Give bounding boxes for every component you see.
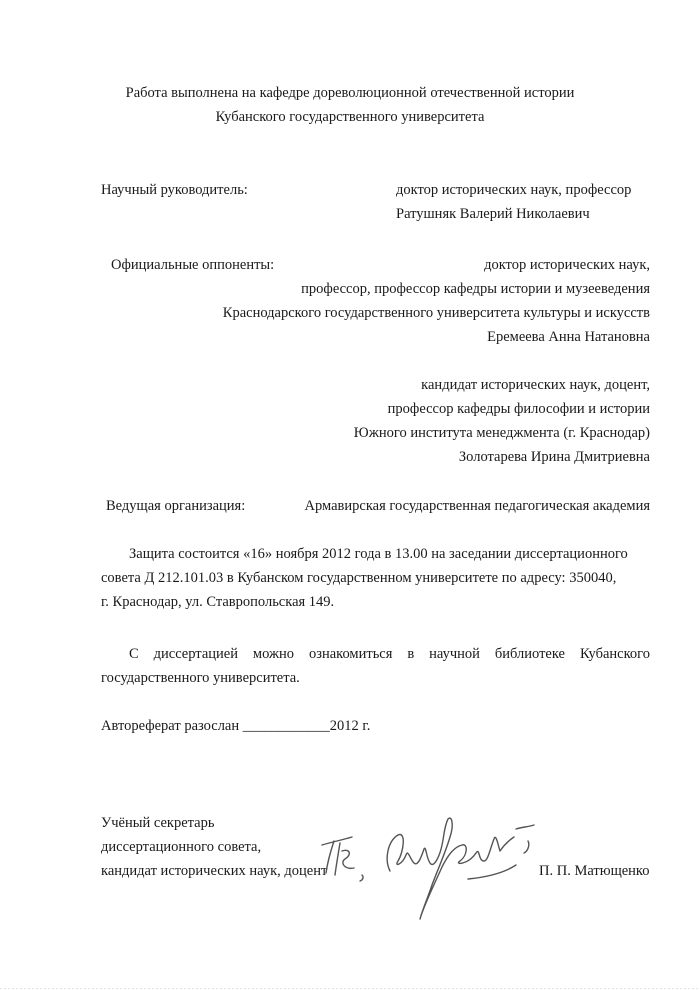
leading-org-label: Ведущая организация: <box>106 497 245 515</box>
leading-org-value: Армавирская государственная педагогическ… <box>305 497 650 515</box>
dispatch-blank: ____________ <box>243 718 330 734</box>
supervisor-label: Научный руководитель: <box>101 181 248 199</box>
defense-line-1: Защита состоится «16» ноября 2012 года в… <box>129 545 628 563</box>
header-line-1: Работа выполнена на кафедре дореволюцион… <box>0 84 700 102</box>
opponent-2-line-3: Южного института менеджмента (г. Краснод… <box>354 424 650 442</box>
defense-line-2: совета Д 212.101.03 в Кубанском государс… <box>101 569 616 587</box>
secretary-name: П. П. Матющенко <box>539 862 650 880</box>
supervisor-degree: доктор исторических наук, профессор <box>396 181 631 199</box>
opponent-2-name: Золотарева Ирина Дмитриевна <box>459 448 650 466</box>
opponents-label: Официальные оппоненты: <box>111 256 274 274</box>
secretary-line-2: диссертационного совета, <box>101 838 261 856</box>
secretary-line-1: Учёный секретарь <box>101 814 214 832</box>
opponent-1-line-3: Краснодарского государственного универси… <box>223 304 650 322</box>
header-line-2: Кубанского государственного университета <box>0 108 700 126</box>
dispatch-line: Автореферат разослан ____________2012 г. <box>101 717 370 735</box>
secretary-line-3: кандидат исторических наук, доцент <box>101 862 327 880</box>
opponent-2-line-2: профессор кафедры философии и истории <box>388 400 650 418</box>
opponent-2-line-1: кандидат исторических наук, доцент, <box>421 376 650 394</box>
dispatch-year: 2012 г. <box>330 718 371 734</box>
scan-edge-divider <box>0 988 700 989</box>
signature-image <box>318 815 543 925</box>
library-line-2: государственного университета. <box>101 669 300 687</box>
dispatch-label: Автореферат разослан <box>101 718 239 734</box>
opponent-1-line-1: доктор исторических наук, <box>484 256 650 274</box>
supervisor-name: Ратушняк Валерий Николаевич <box>396 205 590 223</box>
library-line-1: С диссертацией можно ознакомиться в науч… <box>129 645 650 663</box>
opponent-1-line-2: профессор, профессор кафедры истории и м… <box>301 280 650 298</box>
opponent-1-name: Еремеева Анна Натановна <box>487 328 650 346</box>
defense-line-3: г. Краснодар, ул. Ставропольская 149. <box>101 593 334 611</box>
